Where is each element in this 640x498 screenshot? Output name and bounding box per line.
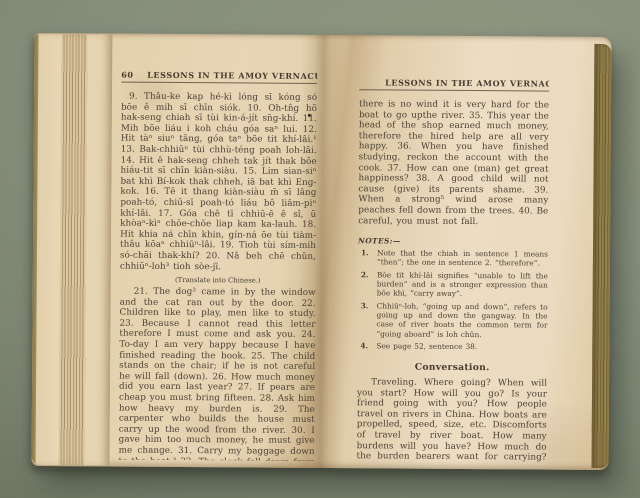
left-running-title: LESSONS IN THE AMOY VERNACULAR. xyxy=(147,70,317,81)
conversation-paragraph: Traveling. Where going? When will you st… xyxy=(357,377,548,462)
note-number: 4. xyxy=(360,341,370,350)
left-running-head: 60 LESSONS IN THE AMOY VERNACULAR. xyxy=(121,70,317,84)
translate-into-chinese-heading: (Translate into Chinese.) xyxy=(120,276,316,285)
english-exercise-continued-paragraph: there is no wind it is very hard for the… xyxy=(358,99,549,227)
note-text: Bōe tit khí-lâi signifies “unable to lif… xyxy=(377,270,548,299)
note-item-1: 1. Note that the chiah in sentence 1 mea… xyxy=(358,248,548,268)
note-text: See page 52, sentence 38. xyxy=(376,341,547,351)
left-page-number: 60 xyxy=(121,70,147,80)
english-exercise-paragraph: 21. The dog² came in by the window and t… xyxy=(119,287,316,461)
note-text: Note that the chiah in sentence 1 means … xyxy=(377,249,548,269)
right-page: LESSONS IN THE AMOY VERNACULAR. 61 there… xyxy=(357,77,550,462)
notes-heading: NOTES:— xyxy=(358,236,548,246)
amoy-exercise-paragraph: 9. Thâu-ke kap hé-kì lóng sī kóng só bōe… xyxy=(120,92,317,273)
note-item-4: 4. See page 52, sentence 38. xyxy=(357,341,547,352)
open-book: 60 LESSONS IN THE AMOY VERNACULAR. 9. Th… xyxy=(31,33,611,470)
note-number: 1. xyxy=(361,248,371,267)
note-number: 2. xyxy=(361,270,371,298)
note-number: 3. xyxy=(360,301,370,338)
right-running-head: LESSONS IN THE AMOY VERNACULAR. 61 xyxy=(359,77,549,91)
right-running-title: LESSONS IN THE AMOY VERNACULAR. xyxy=(385,77,549,88)
left-page: 60 LESSONS IN THE AMOY VERNACULAR. 9. Th… xyxy=(119,70,318,461)
left-page-stack-edges xyxy=(32,34,113,466)
photo-background: 60 LESSONS IN THE AMOY VERNACULAR. 9. Th… xyxy=(0,0,640,498)
note-item-3: 3. Chhiūⁿ-loh, “going up and down”, refe… xyxy=(357,301,547,340)
note-text: Chhiūⁿ-loh, “going up and down”, refers … xyxy=(376,301,547,339)
conversation-heading: Conversation. xyxy=(357,361,547,373)
note-item-2: 2. Bōe tit khí-lâi signifies “unable to … xyxy=(358,270,548,299)
right-fore-edge xyxy=(591,44,611,468)
